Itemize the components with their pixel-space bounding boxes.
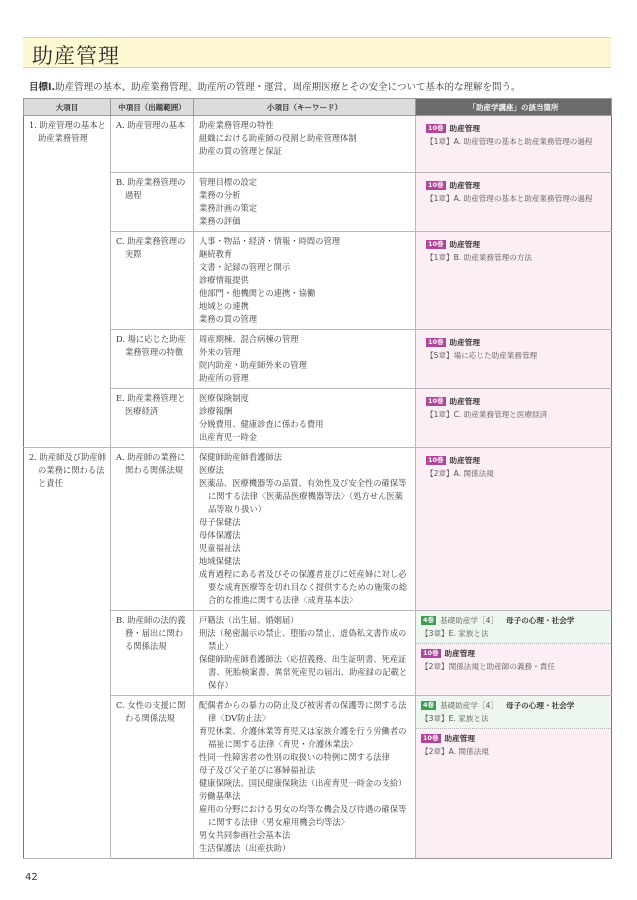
keyword-item: 健康保険法、国民健康保険法（出産育児一時金の支給） (199, 777, 411, 790)
keyword-item: 外来の管理 (199, 346, 411, 359)
syllabus-table: 大項目 中項目（出題範囲） 小項目（キーワード） 「助産学講座」の該当箇所 1.… (23, 98, 612, 859)
book-title: 助産管理 (450, 181, 480, 190)
keyword-item: 助産業務管理の特性 (199, 119, 411, 132)
chapter-reference: 【2章】A. 関係法規 (421, 745, 607, 758)
volume-badge: 10巻 (421, 649, 441, 658)
book-title: 助産管理 (450, 338, 480, 347)
chapter-reference: 【5章】場に応じた助産業務管理 (426, 349, 603, 362)
keyword-item: 母子保健法 (199, 516, 411, 529)
major-item-cell: 2. 助産師及び助産師の業務に関わる法と責任 (24, 448, 111, 859)
keywords-cell: 人事・物品・経済・情報・時間の管理継続教育文書・記録の管理と開示診療情報提供他部… (194, 232, 416, 330)
reference-cell: 10巻助産管理【1章】A. 助産管理の基本と助産業務管理の過程 (416, 116, 612, 173)
book-title: 助産管理 (445, 649, 475, 658)
reference-entry: 10巻助産管理【1章】A. 助産管理の基本と助産業務管理の過程 (421, 176, 607, 208)
book-title: 母子の心理・社会学 (506, 701, 574, 710)
keyword-item: 配偶者からの暴力の防止及び被害者の保護等に関する法律〈DV防止法〉 (199, 699, 411, 725)
book-title: 助産管理 (450, 124, 480, 133)
keyword-item: 生活保護法（出産扶助） (199, 842, 411, 855)
chapter-reference: 【1章】B. 助産業務管理の方法 (426, 251, 603, 264)
header-keywords: 小項目（キーワード） (194, 99, 416, 116)
keywords-cell: 管理目標の設定業務の分析業務計画の策定業務の評価 (194, 173, 416, 232)
chapter-reference: 【2章】A. 関係法規 (426, 467, 603, 480)
volume-badge: 10巻 (426, 456, 446, 465)
reference-entry: 4巻基礎助産学［4］母子の心理・社会学【3章】E. 家族と法 (416, 696, 611, 729)
reference-cell: 4巻基礎助産学［4］母子の心理・社会学【3章】E. 家族と法10巻助産管理【2章… (416, 696, 612, 859)
table-row: 1. 助産管理の基本と助産業務管理A. 助産管理の基本助産業務管理の特性組織にお… (24, 116, 612, 173)
keyword-item: 周産期棟、混合病棟の管理 (199, 333, 411, 346)
keyword-item: 性同一性障害者の性別の取扱いの特例に関する法律 (199, 751, 411, 764)
middle-item-cell: C. 助産業務管理の実際 (111, 232, 194, 330)
reference-title: 10巻助産管理 (426, 238, 603, 251)
reference-cell: 10巻助産管理【1章】B. 助産業務管理の方法 (416, 232, 612, 330)
reference-entry: 10巻助産管理【5章】場に応じた助産業務管理 (421, 333, 607, 365)
middle-item-label: E. 助産業務管理と医療経済 (116, 392, 189, 418)
keyword-item: 人事・物品・経済・情報・時間の管理 (199, 235, 411, 248)
keyword-item: 医薬品、医療機器等の品質、有効性及び安全性の確保等に関する法律〈医薬品医療機器等… (199, 477, 411, 516)
middle-item-cell: B. 助産業務管理の過程 (111, 173, 194, 232)
reference-entry: 10巻助産管理【2章】A. 関係法規 (416, 729, 611, 761)
table-row: D. 場に応じた助産業務管理の特徴周産期棟、混合病棟の管理外来の管理院内助産・助… (24, 330, 612, 389)
keyword-item: 児童福祉法 (199, 542, 411, 555)
reference-entry: 10巻助産管理【1章】C. 助産業務管理と医療経済 (421, 392, 607, 424)
keyword-item: 継続教育 (199, 248, 411, 261)
keyword-item: 業務計画の策定 (199, 202, 411, 215)
keyword-item: 助産の質の管理と保証 (199, 145, 411, 158)
keywords-cell: 医療保険制度診療報酬分娩費用、健康診査に係わる費用出産育児一時金 (194, 389, 416, 448)
reference-title: 10巻助産管理 (421, 732, 607, 745)
keyword-item: 雇用の分野における男女の均等な機会及び待遇の確保等に関する法律〈男女雇用機会均等… (199, 803, 411, 829)
series-name: 基礎助産学［4］ (440, 616, 498, 625)
keyword-item: 診療報酬 (199, 405, 411, 418)
middle-item-cell: C. 女性の支援に関わる関係法規 (111, 696, 194, 859)
keyword-item: 保健師助産師看護師法（応招義務、出生証明書、死産証書、死胎検案書、異常死産児の届… (199, 653, 411, 692)
header-middle: 中項目（出題範囲） (111, 99, 194, 116)
book-title: 助産管理 (445, 734, 475, 743)
keyword-item: 地域との連携 (199, 300, 411, 313)
goal-label: 目標Ⅰ. (29, 82, 55, 93)
keyword-item: 男女共同参画社会基本法 (199, 829, 411, 842)
chapter-reference: 【2章】関係法規と助産師の義務・責任 (421, 660, 607, 673)
reference-entry: 10巻助産管理【2章】関係法規と助産師の義務・責任 (416, 644, 611, 676)
volume-badge: 10巻 (426, 124, 446, 133)
middle-item-cell: D. 場に応じた助産業務管理の特徴 (111, 330, 194, 389)
reference-title: 10巻助産管理 (426, 122, 603, 135)
keyword-item: 母子及び父子並びに寡婦福祉法 (199, 764, 411, 777)
reference-cell: 10巻助産管理【1章】A. 助産管理の基本と助産業務管理の過程 (416, 173, 612, 232)
keyword-item: 保健師助産師看護師法 (199, 451, 411, 464)
major-item-label: 1. 助産管理の基本と助産業務管理 (29, 119, 106, 145)
volume-badge: 10巻 (426, 240, 446, 249)
keyword-item: 医療法 (199, 464, 411, 477)
keywords-cell: 保健師助産師看護師法医療法医薬品、医療機器等の品質、有効性及び安全性の確保等に関… (194, 448, 416, 611)
goal-text: 助産管理の基本、助産業務管理、助産所の管理・運営、周産期医療とその安全について基… (55, 82, 520, 93)
major-item-cell: 1. 助産管理の基本と助産業務管理 (24, 116, 111, 448)
keywords-cell: 配偶者からの暴力の防止及び被害者の保護等に関する法律〈DV防止法〉育児休業、介護… (194, 696, 416, 859)
middle-item-cell: E. 助産業務管理と医療経済 (111, 389, 194, 448)
reference-title: 10巻助産管理 (421, 647, 607, 660)
keyword-item: 労働基準法 (199, 790, 411, 803)
keywords-cell: 周産期棟、混合病棟の管理外来の管理院内助産・助産師外来の管理助産所の管理 (194, 330, 416, 389)
reference-entry: 10巻助産管理【1章】B. 助産業務管理の方法 (421, 235, 607, 267)
keywords-cell: 助産業務管理の特性組織における助産師の役割と助産管理体制助産の質の管理と保証 (194, 116, 416, 173)
table-row: B. 助産業務管理の過程管理目標の設定業務の分析業務計画の策定業務の評価10巻助… (24, 173, 612, 232)
volume-badge: 10巻 (426, 338, 446, 347)
table-row: E. 助産業務管理と医療経済医療保険制度診療報酬分娩費用、健康診査に係わる費用出… (24, 389, 612, 448)
header-reference: 「助産学講座」の該当箇所 (416, 99, 612, 116)
series-name: 基礎助産学［4］ (440, 701, 498, 710)
reference-entry: 4巻基礎助産学［4］母子の心理・社会学【3章】E. 家族と法 (416, 611, 611, 644)
table-row: C. 女性の支援に関わる関係法規配偶者からの暴力の防止及び被害者の保護等に関する… (24, 696, 612, 859)
keyword-item: 業務の分析 (199, 189, 411, 202)
keywords-cell: 戸籍法（出生届、婚姻届）刑法（秘密漏示の禁止、堕胎の禁止、虚偽私文書作成の禁止）… (194, 611, 416, 696)
page-number: 42 (25, 872, 38, 883)
page-title-band: 助産管理 (23, 37, 611, 68)
chapter-reference: 【1章】A. 助産管理の基本と助産業務管理の過程 (426, 192, 603, 205)
chapter-reference: 【1章】C. 助産業務管理と医療経済 (426, 408, 603, 421)
reference-title: 10巻助産管理 (426, 395, 603, 408)
keyword-item: 分娩費用、健康診査に係わる費用 (199, 418, 411, 431)
keyword-item: 成育過程にある者及びその保護者並びに妊産婦に対し必要な成育医療等を切れ目なく提供… (199, 568, 411, 607)
volume-badge: 10巻 (426, 397, 446, 406)
middle-item-label: B. 助産業務管理の過程 (116, 176, 189, 202)
reference-cell: 10巻助産管理【2章】A. 関係法規 (416, 448, 612, 611)
table-header-row: 大項目 中項目（出題範囲） 小項目（キーワード） 「助産学講座」の該当箇所 (24, 99, 612, 116)
chapter-reference: 【1章】A. 助産管理の基本と助産業務管理の過程 (426, 135, 603, 148)
reference-title: 4巻基礎助産学［4］母子の心理・社会学 (421, 614, 607, 627)
middle-item-label: C. 助産業務管理の実際 (116, 235, 189, 261)
keyword-item: 地域保健法 (199, 555, 411, 568)
book-title: 助産管理 (450, 397, 480, 406)
volume-badge: 10巻 (426, 181, 446, 190)
reference-title: 4巻基礎助産学［4］母子の心理・社会学 (421, 699, 607, 712)
reference-entry: 10巻助産管理【2章】A. 関係法規 (421, 451, 607, 483)
middle-item-cell: A. 助産師の業務に関わる関係法規 (111, 448, 194, 611)
major-item-label: 2. 助産師及び助産師の業務に関わる法と責任 (29, 451, 106, 490)
chapter-reference: 【3章】E. 家族と法 (421, 712, 607, 725)
book-title: 助産管理 (450, 456, 480, 465)
middle-item-cell: A. 助産管理の基本 (111, 116, 194, 173)
reference-title: 10巻助産管理 (426, 179, 603, 192)
middle-item-label: A. 助産管理の基本 (116, 119, 189, 132)
reference-cell: 4巻基礎助産学［4］母子の心理・社会学【3章】E. 家族と法10巻助産管理【2章… (416, 611, 612, 696)
reference-title: 10巻助産管理 (426, 336, 603, 349)
chapter-reference: 【3章】E. 家族と法 (421, 627, 607, 640)
keyword-item: 育児休業、介護休業等育児又は家族介護を行う労働者の福祉に関する法律〈育児・介護休… (199, 725, 411, 751)
reference-entry: 10巻助産管理【1章】A. 助産管理の基本と助産業務管理の過程 (421, 119, 607, 151)
keyword-item: 刑法（秘密漏示の禁止、堕胎の禁止、虚偽私文書作成の禁止） (199, 627, 411, 653)
volume-badge: 10巻 (421, 734, 441, 743)
table-row: C. 助産業務管理の実際人事・物品・経済・情報・時間の管理継続教育文書・記録の管… (24, 232, 612, 330)
book-title: 助産管理 (450, 240, 480, 249)
keyword-item: 文書・記録の管理と開示 (199, 261, 411, 274)
keyword-item: 医療保険制度 (199, 392, 411, 405)
middle-item-label: C. 女性の支援に関わる関係法規 (116, 699, 189, 725)
keyword-item: 出産育児一時金 (199, 431, 411, 444)
keyword-item: 業務の質の管理 (199, 313, 411, 326)
middle-item-cell: B. 助産師の法的義務・届出に関わる関係法規 (111, 611, 194, 696)
header-major: 大項目 (24, 99, 111, 116)
table-row: 2. 助産師及び助産師の業務に関わる法と責任A. 助産師の業務に関わる関係法規保… (24, 448, 612, 611)
middle-item-label: D. 場に応じた助産業務管理の特徴 (116, 333, 189, 359)
reference-cell: 10巻助産管理【1章】C. 助産業務管理と医療経済 (416, 389, 612, 448)
keyword-item: 診療情報提供 (199, 274, 411, 287)
keyword-item: 管理目標の設定 (199, 176, 411, 189)
reference-title: 10巻助産管理 (426, 454, 603, 467)
keyword-item: 戸籍法（出生届、婚姻届） (199, 614, 411, 627)
keyword-item: 他部門・他機関との連携・協働 (199, 287, 411, 300)
keyword-item: 組織における助産師の役割と助産管理体制 (199, 132, 411, 145)
table-row: B. 助産師の法的義務・届出に関わる関係法規戸籍法（出生届、婚姻届）刑法（秘密漏… (24, 611, 612, 696)
volume-badge: 4巻 (421, 701, 436, 710)
volume-badge: 4巻 (421, 616, 436, 625)
keyword-item: 助産所の管理 (199, 372, 411, 385)
page-title: 助産管理 (32, 40, 120, 70)
keyword-item: 母体保護法 (199, 529, 411, 542)
book-title: 母子の心理・社会学 (506, 616, 574, 625)
middle-item-label: A. 助産師の業務に関わる関係法規 (116, 451, 189, 477)
keyword-item: 院内助産・助産師外来の管理 (199, 359, 411, 372)
reference-cell: 10巻助産管理【5章】場に応じた助産業務管理 (416, 330, 612, 389)
middle-item-label: B. 助産師の法的義務・届出に関わる関係法規 (116, 614, 189, 653)
keyword-item: 業務の評価 (199, 215, 411, 228)
goal-statement: 目標Ⅰ.助産管理の基本、助産業務管理、助産所の管理・運営、周産期医療とその安全に… (29, 79, 520, 93)
